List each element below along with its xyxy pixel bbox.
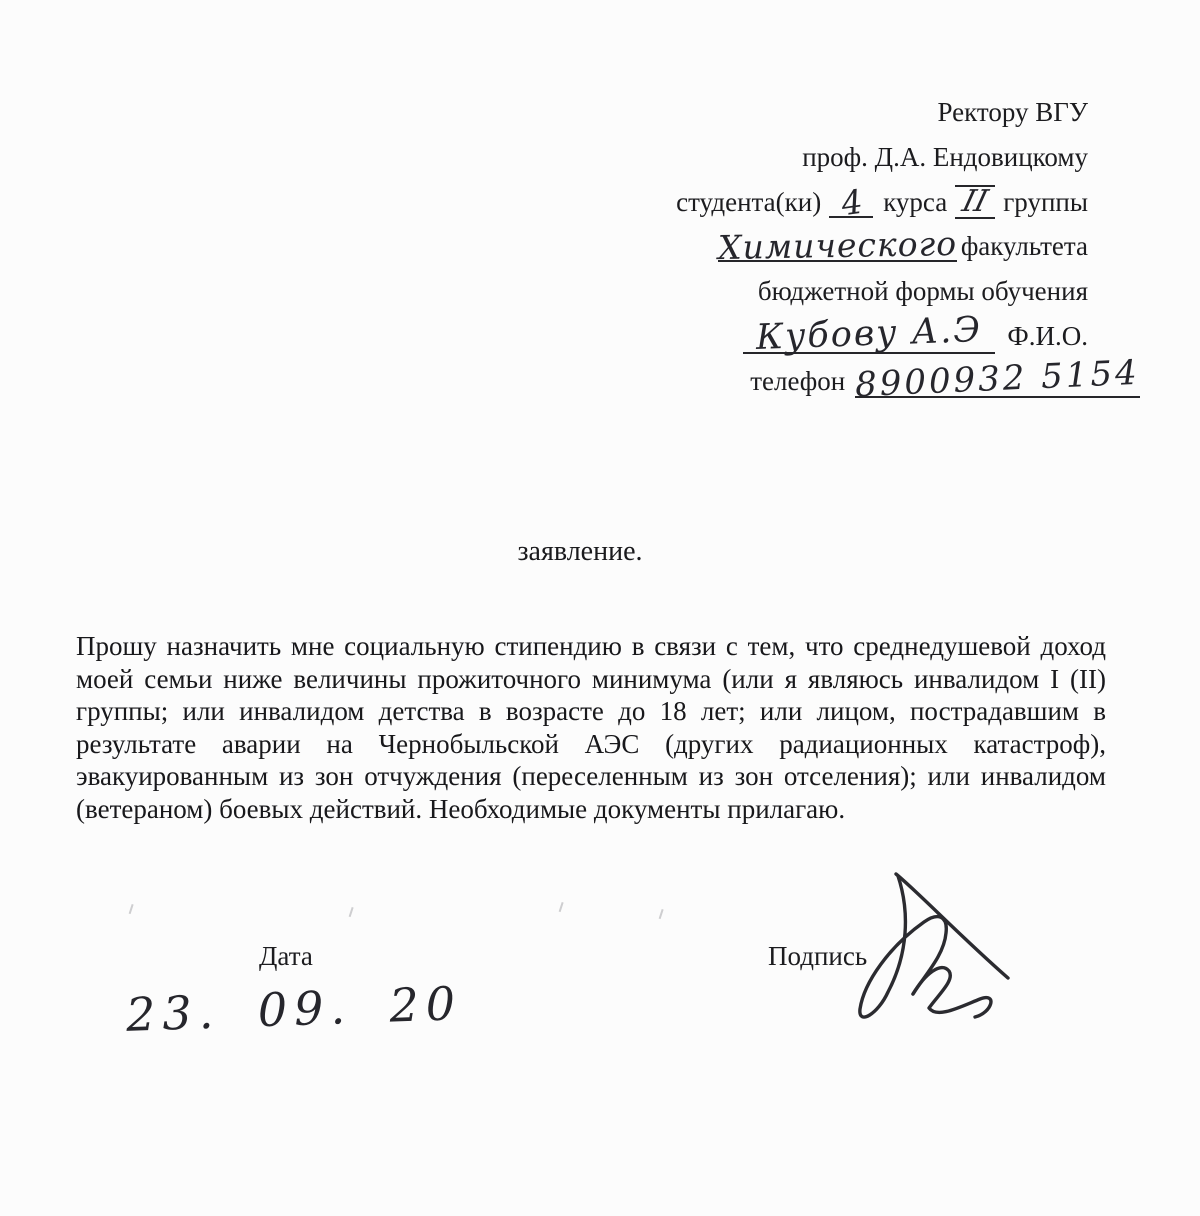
funding-form-line: бюджетной формы обучения <box>676 268 1088 314</box>
scan-artifact <box>129 904 140 916</box>
group-field: II <box>955 185 995 219</box>
student-course-group-line: студента(ки)4курсаIIгруппы <box>676 180 1088 225</box>
faculty-label: факультета <box>961 231 1088 261</box>
body-line: Прошу назначить мне социальную стипендию… <box>76 630 1106 663</box>
phone-line: телефон8900932 5154 <box>676 359 1140 404</box>
course-label: курса <box>883 187 947 217</box>
phone-handwritten-value: 8900932 5154 <box>855 356 1141 402</box>
full-name-field: Кубову А.Э <box>743 317 995 354</box>
application-body-text: Прошу назначить мне социальную стипендию… <box>76 630 1106 825</box>
body-line: группы; или инвалидом детства в возрасте… <box>76 695 1106 728</box>
course-handwritten-value: 4 <box>839 185 864 221</box>
professor-line: проф. Д.А. Ендовицкому <box>676 135 1088 180</box>
document-title: заявление. <box>0 536 1160 568</box>
signature-scribble-icon <box>838 866 1020 1042</box>
scan-artifact <box>349 907 360 919</box>
scanned-application-document: Ректору ВГУ проф. Д.А. Ендовицкому студе… <box>0 0 1200 1216</box>
full-name-line: Кубову А.ЭФ.И.О. <box>676 314 1088 359</box>
full-name-label: Ф.И.О. <box>1007 321 1088 351</box>
faculty-field: Химического <box>718 227 957 262</box>
group-handwritten-value: II <box>960 187 991 217</box>
addressee-block: Ректору ВГУ проф. Д.А. Ендовицкому студе… <box>676 90 1088 404</box>
group-label: группы <box>1003 187 1088 217</box>
faculty-handwritten-value: Химического <box>718 227 958 264</box>
faculty-line: Химическогофакультета <box>676 225 1088 268</box>
scan-artifact <box>659 909 670 921</box>
body-line: моей семьи ниже величины прожиточного ми… <box>76 663 1106 696</box>
date-handwritten-value: 23. 09. 20 <box>125 976 463 1042</box>
student-prefix-label: студента(ки) <box>676 187 821 217</box>
course-field: 4 <box>829 183 873 218</box>
body-line: результате аварии на Чернобыльской АЭС (… <box>76 728 1106 761</box>
full-name-handwritten-value: Кубову А.Э <box>756 313 983 356</box>
date-label: Дата <box>259 941 313 972</box>
phone-field: 8900932 5154 <box>855 362 1140 398</box>
rector-line: Ректору ВГУ <box>676 90 1088 135</box>
phone-label: телефон <box>750 366 845 396</box>
scan-artifact <box>559 902 570 914</box>
body-line: эвакуированным из зон отчуждения (пересе… <box>76 760 1106 793</box>
body-line: (ветераном) боевых действий. Необходимые… <box>76 793 1106 826</box>
